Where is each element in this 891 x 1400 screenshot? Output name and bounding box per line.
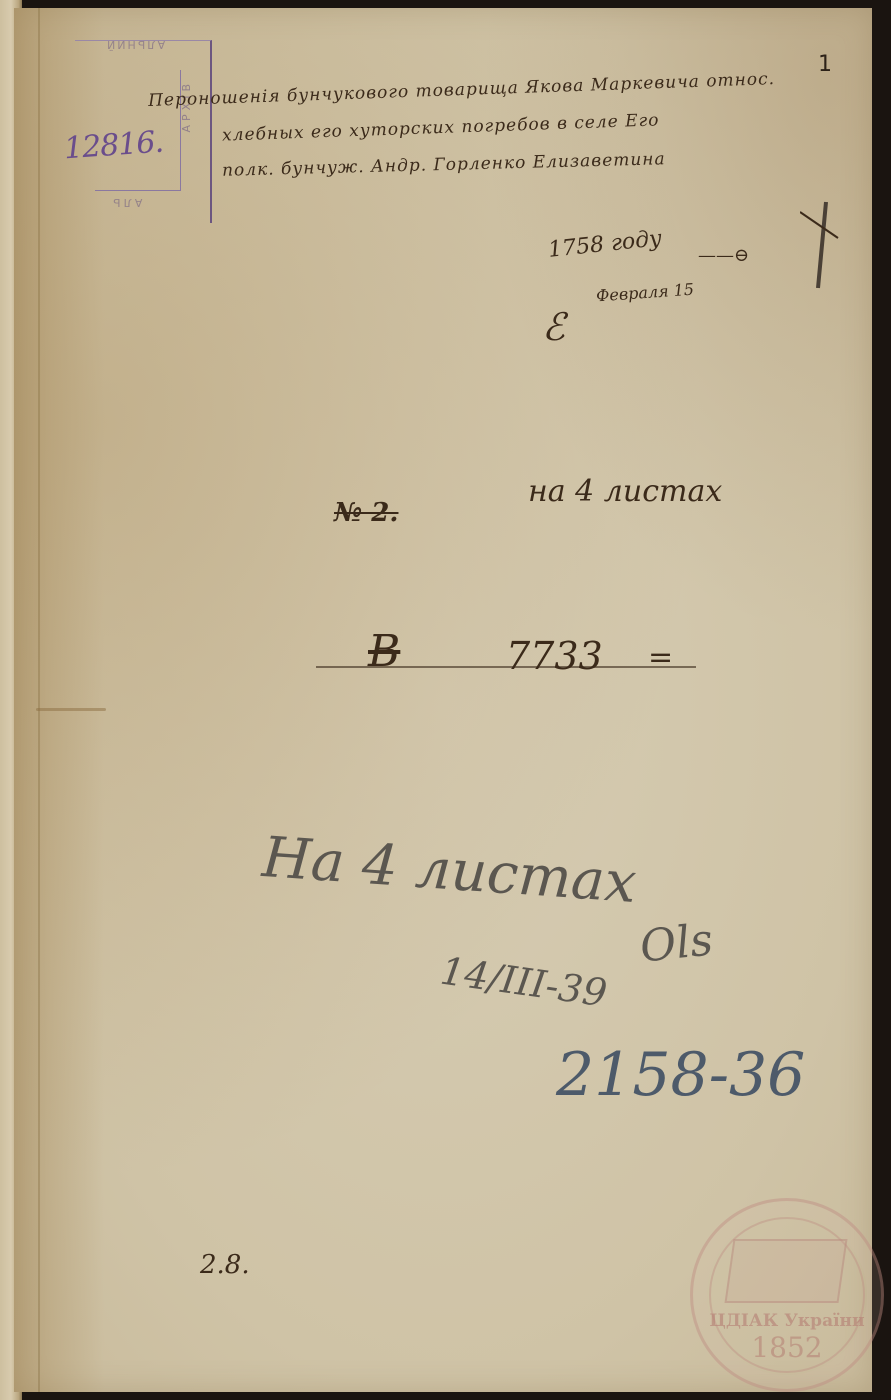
struck-file-number: № 2. [334,498,398,528]
archive-stamp-top-text: АЛЬНИЙ [105,38,165,51]
pencil-signature: Ols [638,914,716,972]
inventory-number: 12816. [63,125,164,167]
cross-mark-icon [800,200,840,290]
case-number-dash: = [648,640,673,675]
folio-number: 1 [818,52,832,77]
blue-pencil-number: 2158-36 [556,1040,805,1110]
seal-book-icon [725,1239,848,1303]
struck-case-prefix: В [368,626,400,677]
archive-seal: ЦДІАК України 1852 [690,1198,884,1392]
sheet-count-note: на 4 листах [528,474,722,509]
date-flourish-loop: ℰ [542,305,565,349]
seal-year: 1852 [693,1331,881,1364]
page-crease [36,708,106,711]
date-flourish: ——⊖ [698,245,749,266]
bottom-marks: 2.8. [200,1250,250,1280]
page-fold-vertical [38,8,40,1392]
case-number: 7733 [506,634,603,678]
archive-stamp-bottom-text: АЛЬ [110,196,142,209]
seal-archive-name: ЦДІАК України [693,1311,881,1331]
